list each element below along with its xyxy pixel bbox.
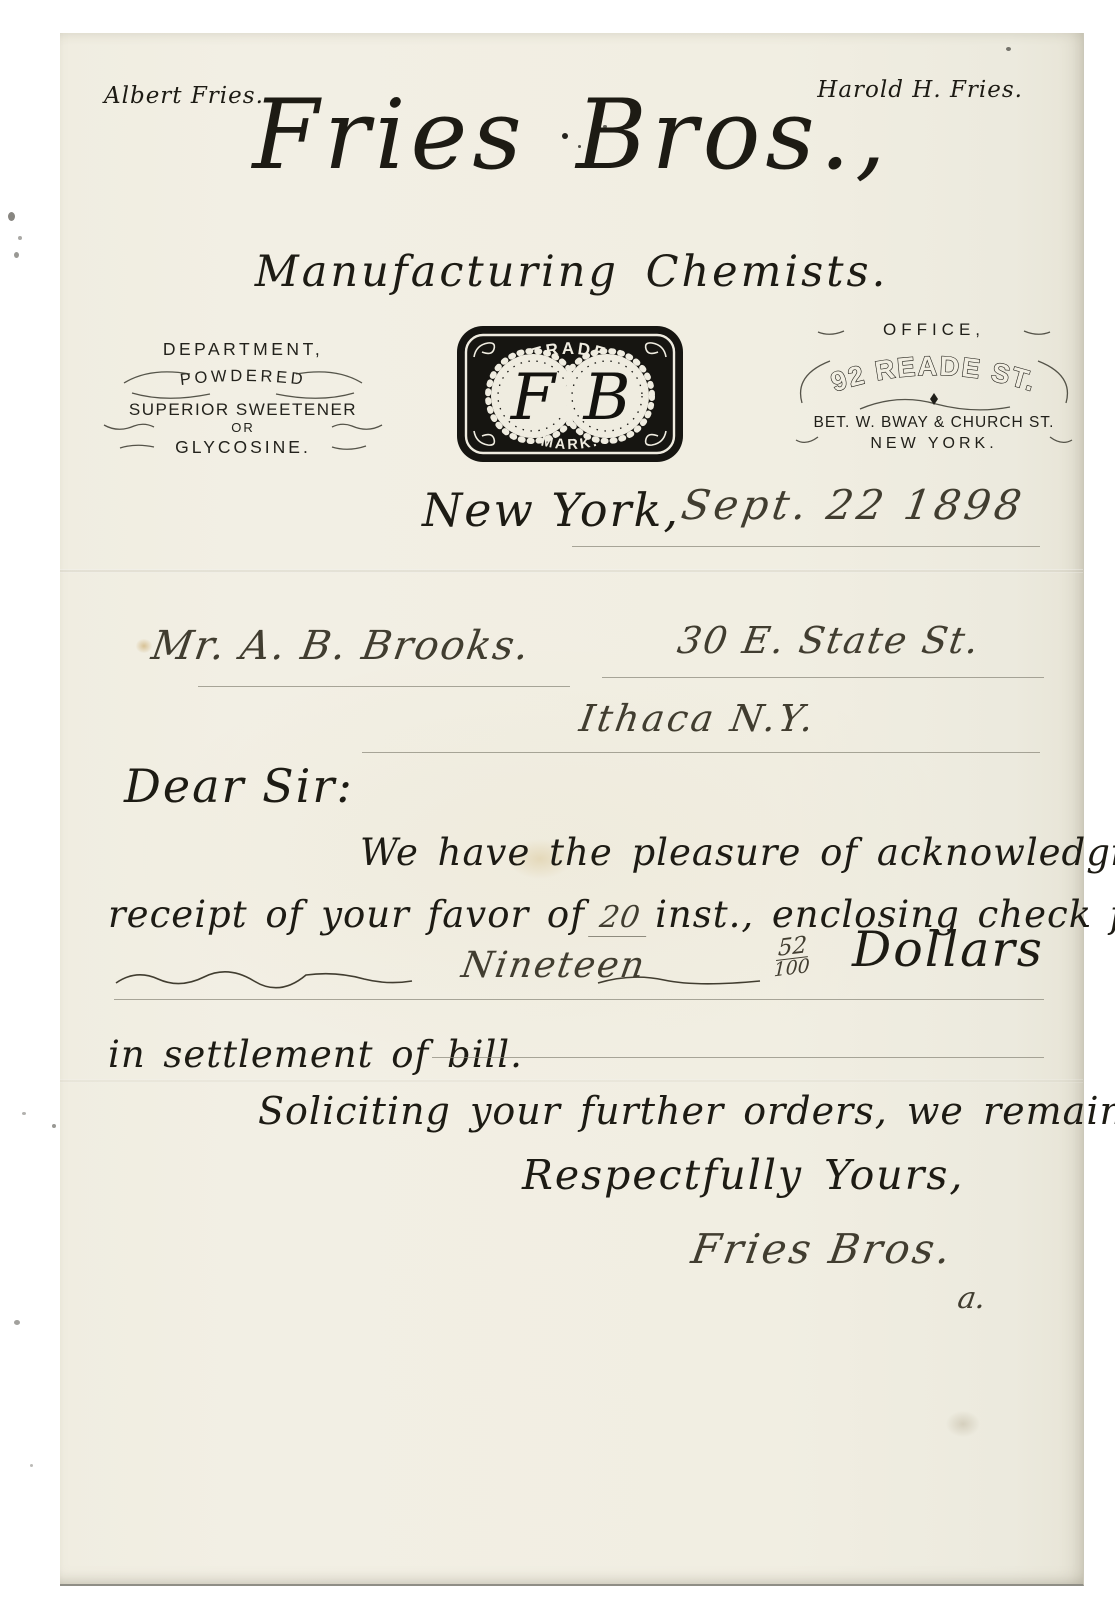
amount-unit: Dollars (852, 921, 1044, 978)
amount-rule (114, 999, 1044, 1000)
signature-handwritten: Fries Bros. (688, 1225, 957, 1273)
amount-cents-fraction: 52 100 (773, 935, 810, 980)
company-title: Fries Bros., (60, 85, 1083, 186)
recipient-name-rule (198, 686, 570, 687)
closing-respectfully-line: Respectfully Yours, (522, 1151, 964, 1199)
clerk-initial-handwritten: a. (955, 1281, 988, 1316)
fold-crease (60, 569, 1083, 573)
department-line-5: GLYCOSINE. (175, 437, 311, 457)
body-opening-line: We have the pleasure of acknowledging (360, 831, 1115, 874)
receipt-day-handwritten: 20 (588, 900, 652, 937)
recipient-street-handwritten: 30 E. State St. (675, 619, 984, 662)
office-line-2: 92 READE ST. (827, 351, 1041, 398)
ink-spatter (1006, 47, 1011, 51)
recipient-street-rule (602, 677, 1044, 678)
settlement-line: in settlement of bill. (108, 1033, 523, 1076)
recipient-city-rule (362, 752, 1040, 753)
dust-speck (14, 252, 19, 258)
office-block: OFFICE, 92 READE ST. BET. W. BWAY & CHUR… (788, 309, 1080, 453)
office-line-1: OFFICE, (883, 320, 985, 339)
handwritten-dash (594, 971, 764, 989)
scanned-letter-photo: Albert Fries. Harold H. Fries. Fries Bro… (0, 0, 1115, 1600)
svg-text:POWDERED: POWDERED (179, 367, 307, 389)
dust-speck (14, 1320, 20, 1325)
letter-paper: Albert Fries. Harold H. Fries. Fries Bro… (60, 33, 1084, 1586)
recipient-city-handwritten: Ithaca N.Y. (577, 697, 820, 740)
department-block: DEPARTMENT, POWDERED SUPERIOR SWEETENER … (98, 331, 388, 463)
fb-monogram-left-initial: F (510, 361, 558, 435)
salutation: Dear Sir: (124, 759, 354, 813)
dust-speck (30, 1464, 33, 1467)
dust-speck (8, 212, 15, 221)
recipient-name-handwritten: Mr. A. B. Brooks. (148, 623, 534, 669)
dateline-city: New York, (422, 483, 680, 537)
amount-cents-denominator: 100 (773, 958, 810, 980)
settlement-rule (432, 1057, 1044, 1058)
department-line-4: OR (231, 420, 255, 435)
fold-crease (60, 1079, 1083, 1083)
dateline-date-handwritten: Sept. 22 1898 (678, 481, 1028, 529)
office-line-3: BET. W. BWAY & CHURCH ST. (814, 414, 1055, 431)
paper-stain (946, 1411, 980, 1437)
office-line-4: NEW YORK. (870, 435, 997, 452)
handwritten-flourish (114, 967, 414, 993)
paper-stain (136, 639, 152, 653)
svg-text:92 READE ST.: 92 READE ST. (827, 351, 1041, 398)
dust-speck (52, 1124, 56, 1128)
dust-speck (22, 1112, 26, 1115)
dust-speck (18, 236, 22, 240)
department-line-3: SUPERIOR SWEETENER (129, 400, 357, 419)
receipt-text-before: receipt of your favor of (108, 893, 585, 936)
dateline-rule (572, 546, 1040, 547)
fb-monogram-right-initial: B (582, 361, 630, 435)
department-line-1: DEPARTMENT, (163, 339, 323, 359)
trademark-badge: F B TRADE MARK. (454, 323, 686, 465)
department-line-2: POWDERED (179, 367, 307, 389)
company-tagline: Manufacturing Chemists. (60, 247, 1083, 297)
closing-soliciting-line: Soliciting your further orders, we remai… (258, 1089, 1115, 1133)
